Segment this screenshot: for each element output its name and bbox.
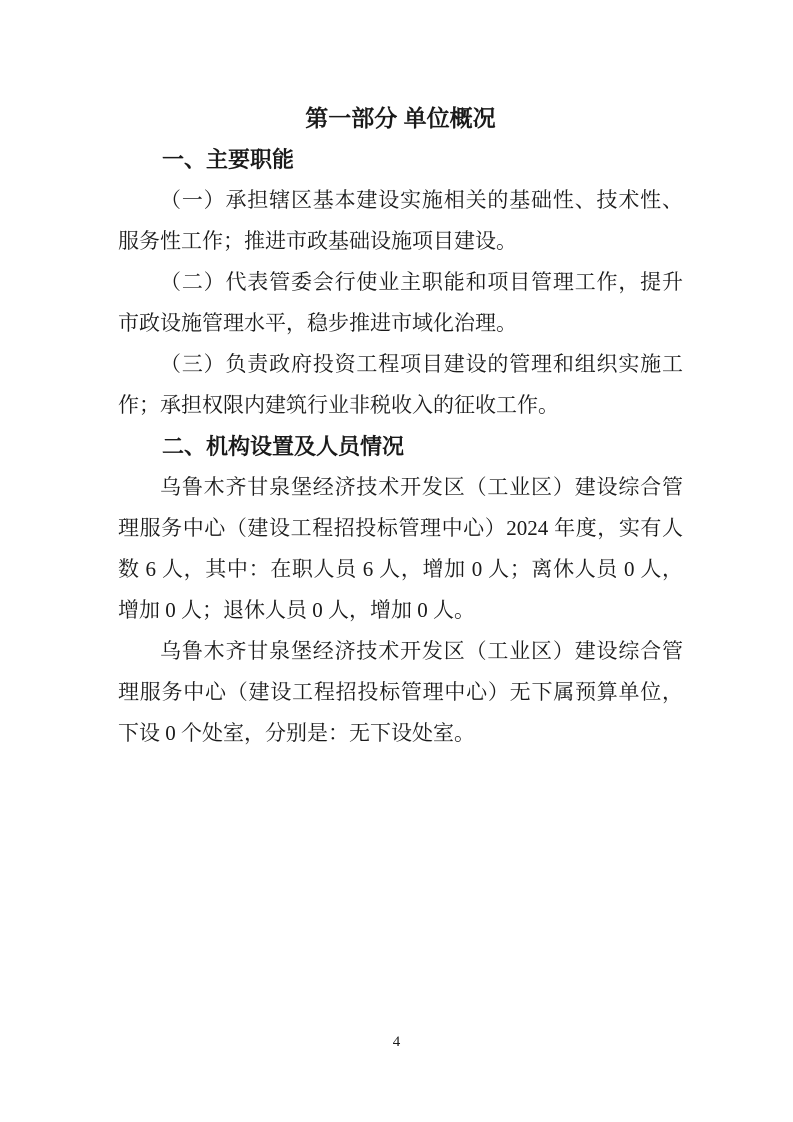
paragraph-line: （三）负责政府投资工程项目建设的管理和组织实施工 — [118, 344, 683, 385]
paragraph-duty-3: （三）负责政府投资工程项目建设的管理和组织实施工 作；承担权限内建筑行业非税收入… — [118, 344, 683, 426]
paragraph-line: 理服务中心（建设工程招投标管理中心）2024 年度，实有人 — [118, 508, 683, 549]
section-heading-organization-staff: 二、机构设置及人员情况 — [118, 426, 683, 467]
paragraph-line: 增加 0 人；退休人员 0 人，增加 0 人。 — [118, 590, 683, 631]
page-number: 4 — [393, 1034, 401, 1050]
page-footer: 4 — [0, 1033, 793, 1051]
document-title: 第一部分 单位概况 — [118, 98, 683, 139]
paragraph-staff-numbers: 乌鲁木齐甘泉堡经济技术开发区（工业区）建设综合管 理服务中心（建设工程招投标管理… — [118, 467, 683, 631]
paragraph-line: 市政设施管理水平，稳步推进市域化治理。 — [118, 303, 683, 344]
paragraph-subordinate-units: 乌鲁木齐甘泉堡经济技术开发区（工业区）建设综合管 理服务中心（建设工程招投标管理… — [118, 631, 683, 754]
document-page: 第一部分 单位概况 一、主要职能 （一）承担辖区基本建设实施相关的基础性、技术性… — [0, 0, 793, 1122]
section-heading-main-duties: 一、主要职能 — [118, 139, 683, 180]
paragraph-line: 乌鲁木齐甘泉堡经济技术开发区（工业区）建设综合管 — [118, 467, 683, 508]
document-content: 第一部分 单位概况 一、主要职能 （一）承担辖区基本建设实施相关的基础性、技术性… — [0, 0, 793, 754]
paragraph-line: （一）承担辖区基本建设实施相关的基础性、技术性、 — [118, 180, 683, 221]
paragraph-duty-1: （一）承担辖区基本建设实施相关的基础性、技术性、 服务性工作；推进市政基础设施项… — [118, 180, 683, 262]
paragraph-line: 下设 0 个处室，分别是：无下设处室。 — [118, 713, 683, 754]
paragraph-line: （二）代表管委会行使业主职能和项目管理工作，提升 — [118, 262, 683, 303]
paragraph-line: 服务性工作；推进市政基础设施项目建设。 — [118, 221, 683, 262]
paragraph-line: 作；承担权限内建筑行业非税收入的征收工作。 — [118, 385, 683, 426]
paragraph-line: 乌鲁木齐甘泉堡经济技术开发区（工业区）建设综合管 — [118, 631, 683, 672]
paragraph-line: 数 6 人，其中：在职人员 6 人，增加 0 人；离休人员 0 人， — [118, 549, 683, 590]
paragraph-duty-2: （二）代表管委会行使业主职能和项目管理工作，提升 市政设施管理水平，稳步推进市域… — [118, 262, 683, 344]
paragraph-line: 理服务中心（建设工程招投标管理中心）无下属预算单位， — [118, 672, 683, 713]
